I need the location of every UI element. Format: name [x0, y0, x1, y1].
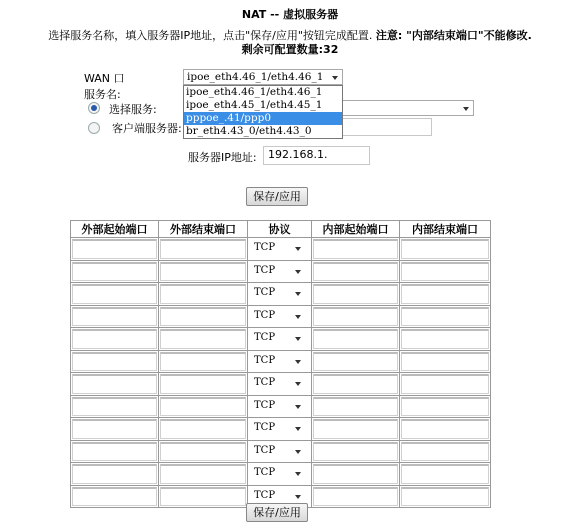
- int-end-input[interactable]: [401, 284, 489, 304]
- ext-start-input[interactable]: [72, 397, 157, 417]
- int-start-input[interactable]: [313, 487, 398, 507]
- header-int-end: 内部结束端口: [400, 221, 491, 238]
- instruction-note: 注意: "内部结束端口"不能修改.: [376, 29, 532, 42]
- int-start-input[interactable]: [313, 464, 398, 484]
- ext-start-input[interactable]: [72, 307, 157, 327]
- ext-start-input[interactable]: [72, 284, 157, 304]
- int-end-cell: [400, 305, 491, 328]
- protocol-select[interactable]: TCP: [250, 420, 309, 438]
- service-name-label: 服务名:: [84, 86, 121, 102]
- ext-start-cell: [71, 305, 159, 328]
- int-start-cell: [312, 373, 400, 396]
- chevron-down-icon: [295, 450, 301, 454]
- int-end-input[interactable]: [401, 442, 489, 462]
- select-service-radio[interactable]: [88, 102, 100, 114]
- protocol-select[interactable]: TCP: [250, 330, 309, 348]
- ext-start-input[interactable]: [72, 329, 157, 349]
- int-start-cell: [312, 238, 400, 261]
- table-row: TCP: [71, 283, 491, 306]
- int-end-input[interactable]: [401, 307, 489, 327]
- protocol-value: TCP: [254, 265, 275, 276]
- int-start-input[interactable]: [313, 374, 398, 394]
- ext-end-cell: [159, 305, 248, 328]
- int-end-cell: [400, 283, 491, 306]
- table-row: TCP: [71, 395, 491, 418]
- select-service-label: 选择服务:: [109, 101, 157, 117]
- int-end-cell: [400, 485, 491, 508]
- int-end-input[interactable]: [401, 487, 489, 507]
- int-start-cell: [312, 305, 400, 328]
- chevron-down-icon: [295, 292, 301, 296]
- ext-end-cell: [159, 260, 248, 283]
- ext-end-cell: [159, 463, 248, 486]
- ext-start-cell: [71, 350, 159, 373]
- int-start-cell: [312, 440, 400, 463]
- ext-end-input[interactable]: [160, 419, 246, 439]
- save-apply-button-top[interactable]: 保存/应用: [246, 187, 308, 206]
- table-row: TCP: [71, 328, 491, 351]
- int-start-input[interactable]: [313, 262, 398, 282]
- ext-start-input[interactable]: [72, 352, 157, 372]
- protocol-value: TCP: [254, 490, 275, 501]
- chevron-down-icon: [295, 315, 301, 319]
- wan-option[interactable]: br_eth4.43_0/eth4.43_0: [184, 125, 342, 138]
- ext-start-cell: [71, 260, 159, 283]
- ext-end-input[interactable]: [160, 464, 246, 484]
- chevron-down-icon: [463, 107, 469, 111]
- ext-end-input[interactable]: [160, 239, 246, 259]
- int-start-cell: [312, 395, 400, 418]
- int-end-input[interactable]: [401, 397, 489, 417]
- table-row: TCP: [71, 418, 491, 441]
- int-start-cell: [312, 485, 400, 508]
- protocol-cell: TCP: [248, 395, 312, 418]
- int-end-cell: [400, 395, 491, 418]
- ext-start-cell: [71, 283, 159, 306]
- int-end-input[interactable]: [401, 374, 489, 394]
- port-table: 外部起始端口 外部结束端口 协议 内部起始端口 内部结束端口 TCPTCPTCP…: [70, 220, 491, 508]
- int-start-input[interactable]: [313, 239, 398, 259]
- protocol-select[interactable]: TCP: [250, 465, 309, 483]
- ext-end-cell: [159, 440, 248, 463]
- table-header-row: 外部起始端口 外部结束端口 协议 内部起始端口 内部结束端口: [71, 221, 491, 238]
- int-end-cell: [400, 260, 491, 283]
- wan-select[interactable]: ipoe_eth4.46_1/eth4.46_1: [183, 69, 343, 85]
- ext-end-cell: [159, 328, 248, 351]
- int-start-input[interactable]: [313, 352, 398, 372]
- ext-end-input[interactable]: [160, 397, 246, 417]
- protocol-value: TCP: [254, 287, 275, 298]
- ext-end-cell: [159, 373, 248, 396]
- table-row: TCP: [71, 238, 491, 261]
- protocol-value: TCP: [254, 377, 275, 388]
- int-start-input[interactable]: [313, 397, 398, 417]
- ext-start-input[interactable]: [72, 239, 157, 259]
- protocol-value: TCP: [254, 242, 275, 253]
- protocol-select[interactable]: TCP: [250, 353, 309, 371]
- ext-end-cell: [159, 418, 248, 441]
- int-start-cell: [312, 260, 400, 283]
- int-start-input[interactable]: [313, 442, 398, 462]
- protocol-cell: TCP: [248, 350, 312, 373]
- ext-start-cell: [71, 463, 159, 486]
- int-end-input[interactable]: [401, 239, 489, 259]
- protocol-select[interactable]: TCP: [250, 285, 309, 303]
- int-start-input[interactable]: [313, 284, 398, 304]
- int-start-input[interactable]: [313, 329, 398, 349]
- chevron-down-icon: [332, 76, 338, 80]
- protocol-value: TCP: [254, 400, 275, 411]
- int-start-cell: [312, 283, 400, 306]
- chevron-down-icon: [295, 472, 301, 476]
- ext-start-cell: [71, 238, 159, 261]
- server-ip-input[interactable]: 192.168.1.: [263, 146, 370, 165]
- header-protocol: 协议: [248, 221, 312, 238]
- ext-start-cell: [71, 440, 159, 463]
- ext-end-input[interactable]: [160, 374, 246, 394]
- header-ext-start: 外部起始端口: [71, 221, 159, 238]
- custom-server-label: 客户端服务器:: [112, 120, 182, 136]
- ext-start-input[interactable]: [72, 487, 157, 507]
- int-end-input[interactable]: [401, 329, 489, 349]
- chevron-down-icon: [295, 337, 301, 341]
- wan-option-highlighted[interactable]: pppoe_.41/ppp0: [184, 112, 342, 125]
- save-apply-button-bottom[interactable]: 保存/应用: [246, 503, 308, 522]
- protocol-value: TCP: [254, 445, 275, 456]
- table-row: TCP: [71, 260, 491, 283]
- ext-start-input[interactable]: [72, 374, 157, 394]
- ext-end-cell: [159, 238, 248, 261]
- protocol-cell: TCP: [248, 305, 312, 328]
- protocol-select[interactable]: TCP: [250, 398, 309, 416]
- chevron-down-icon: [295, 495, 301, 499]
- server-ip-label: 服务器IP地址:: [188, 149, 257, 165]
- protocol-select[interactable]: TCP: [250, 263, 309, 281]
- protocol-select[interactable]: TCP: [250, 308, 309, 326]
- protocol-value: TCP: [254, 467, 275, 478]
- ext-start-input[interactable]: [72, 442, 157, 462]
- protocol-cell: TCP: [248, 260, 312, 283]
- int-start-input[interactable]: [313, 307, 398, 327]
- ext-end-input[interactable]: [160, 284, 246, 304]
- int-end-cell: [400, 440, 491, 463]
- int-end-cell: [400, 463, 491, 486]
- protocol-cell: TCP: [248, 373, 312, 396]
- protocol-value: TCP: [254, 332, 275, 343]
- remaining-count: 剩余可配置数量:32: [242, 43, 339, 56]
- int-end-cell: [400, 328, 491, 351]
- protocol-value: TCP: [254, 422, 275, 433]
- ext-start-cell: [71, 485, 159, 508]
- protocol-cell: TCP: [248, 238, 312, 261]
- header-int-start: 内部起始端口: [312, 221, 400, 238]
- protocol-select[interactable]: TCP: [250, 240, 309, 258]
- instructions: 选择服务名称，填入服务器IP地址，点击"保存/应用"按钮完成配置. 注意: "内…: [0, 29, 580, 57]
- wan-option[interactable]: ipoe_eth4.45_1/eth4.45_1: [184, 99, 342, 112]
- page-title: NAT -- 虚拟服务器: [0, 6, 580, 22]
- protocol-cell: TCP: [248, 418, 312, 441]
- chevron-down-icon: [295, 405, 301, 409]
- int-end-input[interactable]: [401, 352, 489, 372]
- int-end-input[interactable]: [401, 262, 489, 282]
- table-row: TCP: [71, 373, 491, 396]
- protocol-cell: TCP: [248, 440, 312, 463]
- table-row: TCP: [71, 305, 491, 328]
- ext-start-input[interactable]: [72, 419, 157, 439]
- protocol-value: TCP: [254, 310, 275, 321]
- ext-end-cell: [159, 395, 248, 418]
- int-start-cell: [312, 328, 400, 351]
- ext-end-input[interactable]: [160, 442, 246, 462]
- protocol-cell: TCP: [248, 463, 312, 486]
- table-row: TCP: [71, 463, 491, 486]
- chevron-down-icon: [295, 247, 301, 251]
- int-start-cell: [312, 463, 400, 486]
- header-ext-end: 外部结束端口: [159, 221, 248, 238]
- int-start-cell: [312, 350, 400, 373]
- ext-end-input[interactable]: [160, 262, 246, 282]
- int-start-cell: [312, 418, 400, 441]
- ext-start-cell: [71, 328, 159, 351]
- int-end-cell: [400, 373, 491, 396]
- protocol-select[interactable]: TCP: [250, 375, 309, 393]
- wan-option[interactable]: ipoe_eth4.46_1/eth4.46_1: [184, 86, 342, 99]
- ext-start-input[interactable]: [72, 464, 157, 484]
- chevron-down-icon: [295, 427, 301, 431]
- ext-end-input[interactable]: [160, 487, 246, 507]
- chevron-down-icon: [295, 270, 301, 274]
- custom-server-radio[interactable]: [88, 122, 100, 134]
- ext-end-input[interactable]: [160, 352, 246, 372]
- ext-start-cell: [71, 418, 159, 441]
- wan-dropdown-list: ipoe_eth4.46_1/eth4.46_1 ipoe_eth4.45_1/…: [183, 85, 343, 139]
- chevron-down-icon: [295, 360, 301, 364]
- ext-start-cell: [71, 373, 159, 396]
- instruction-text: 选择服务名称，填入服务器IP地址，点击"保存/应用"按钮完成配置.: [48, 29, 376, 42]
- ext-start-cell: [71, 395, 159, 418]
- int-end-cell: [400, 418, 491, 441]
- int-end-input[interactable]: [401, 419, 489, 439]
- chevron-down-icon: [295, 382, 301, 386]
- protocol-value: TCP: [254, 355, 275, 366]
- ext-end-cell: [159, 485, 248, 508]
- wan-selected-value: ipoe_eth4.46_1/eth4.46_1: [187, 71, 323, 83]
- ext-start-input[interactable]: [72, 262, 157, 282]
- int-start-input[interactable]: [313, 419, 398, 439]
- int-end-input[interactable]: [401, 464, 489, 484]
- table-row: TCP: [71, 440, 491, 463]
- ext-end-cell: [159, 283, 248, 306]
- int-end-cell: [400, 238, 491, 261]
- protocol-cell: TCP: [248, 328, 312, 351]
- protocol-cell: TCP: [248, 283, 312, 306]
- ext-end-cell: [159, 350, 248, 373]
- table-row: TCP: [71, 350, 491, 373]
- protocol-select[interactable]: TCP: [250, 443, 309, 461]
- ext-end-input[interactable]: [160, 329, 246, 349]
- int-end-cell: [400, 350, 491, 373]
- ext-end-input[interactable]: [160, 307, 246, 327]
- wan-label: WAN 口: [84, 70, 125, 86]
